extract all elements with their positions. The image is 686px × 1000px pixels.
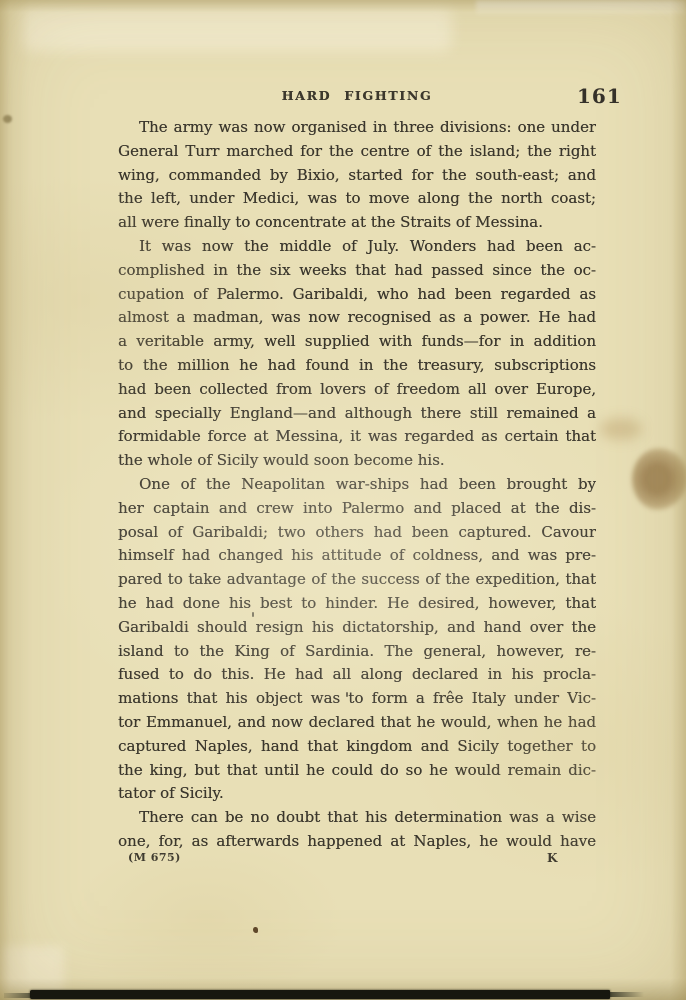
text-line: he had done his best to hinder. He desir… <box>118 592 596 616</box>
text-line: to the million he had found in the treas… <box>118 354 596 378</box>
text-line: captured Naples, hand that kingdom and S… <box>118 735 596 759</box>
text-line: One of the Neapolitan war-ships had been… <box>118 473 596 497</box>
signature-mark: K <box>547 851 557 865</box>
paper-speck <box>253 927 258 933</box>
paper-light-band <box>22 7 452 51</box>
text-line: wing, commanded by Bixio, started for th… <box>118 164 596 188</box>
text-line: one, for, as afterwards happened at Napl… <box>118 830 596 854</box>
text-line: complished in the six weeks that had pas… <box>118 259 596 283</box>
paper-bottom-highlight <box>0 946 64 992</box>
text-line: posal of Garibaldi; two others had been … <box>118 521 596 545</box>
text-line: pared to take advantage of the success o… <box>118 568 596 592</box>
book-page: HARD FIGHTING 161 The army was now organ… <box>0 0 686 1000</box>
running-title: HARD FIGHTING <box>118 88 596 103</box>
text-line: her captain and crew into Palermo and pl… <box>118 497 596 521</box>
text-line: It was now the middle of July. Wonders h… <box>118 235 596 259</box>
text-line: and specially England—and although there… <box>118 402 596 426</box>
text-line: fused to do this. He had all along decla… <box>118 663 596 687</box>
page-number: 161 <box>577 84 609 108</box>
text-line: the whole of Sicily would soon become hi… <box>118 449 596 473</box>
text-line: the king, but that until he could do so … <box>118 759 596 783</box>
text-line: all were finally to concentrate at the S… <box>118 211 596 235</box>
text-line: The army was now organised in three divi… <box>118 116 596 140</box>
scan-edge-bar <box>30 990 610 999</box>
text-line: himself had changed his attitude of cold… <box>118 544 596 568</box>
text-line: cupation of Palermo. Garibaldi, who had … <box>118 283 596 307</box>
text-line: mations that his object was to form a fr… <box>118 687 596 711</box>
paper-speck <box>3 115 12 123</box>
paper-corner-highlight <box>476 0 686 16</box>
text-line: island to the King of Sardinia. The gene… <box>118 640 596 664</box>
text-line: tator of Sicily. <box>118 782 596 806</box>
body-text: The army was now organised in three divi… <box>118 116 596 854</box>
text-line: There can be no doubt that his determina… <box>118 806 596 830</box>
text-line: formidable force at Messina, it was rega… <box>118 425 596 449</box>
ink-fleck <box>346 692 348 697</box>
text-line: had been collected from lovers of freedo… <box>118 378 596 402</box>
text-line: a veritable army, well supplied with fun… <box>118 330 596 354</box>
printer-mark: (M 675) <box>128 851 181 864</box>
text-line: tor Emmanuel, and now declared that he w… <box>118 711 596 735</box>
text-line: Garibaldi should resign his dictatorship… <box>118 616 596 640</box>
text-line: General Turr marched for the centre of t… <box>118 140 596 164</box>
ink-fleck <box>252 612 254 617</box>
ink-stain <box>632 448 686 510</box>
text-line: almost a madman, was now recognised as a… <box>118 306 596 330</box>
text-line: the left, under Medici, was to move alon… <box>118 187 596 211</box>
faint-stain <box>600 418 642 440</box>
